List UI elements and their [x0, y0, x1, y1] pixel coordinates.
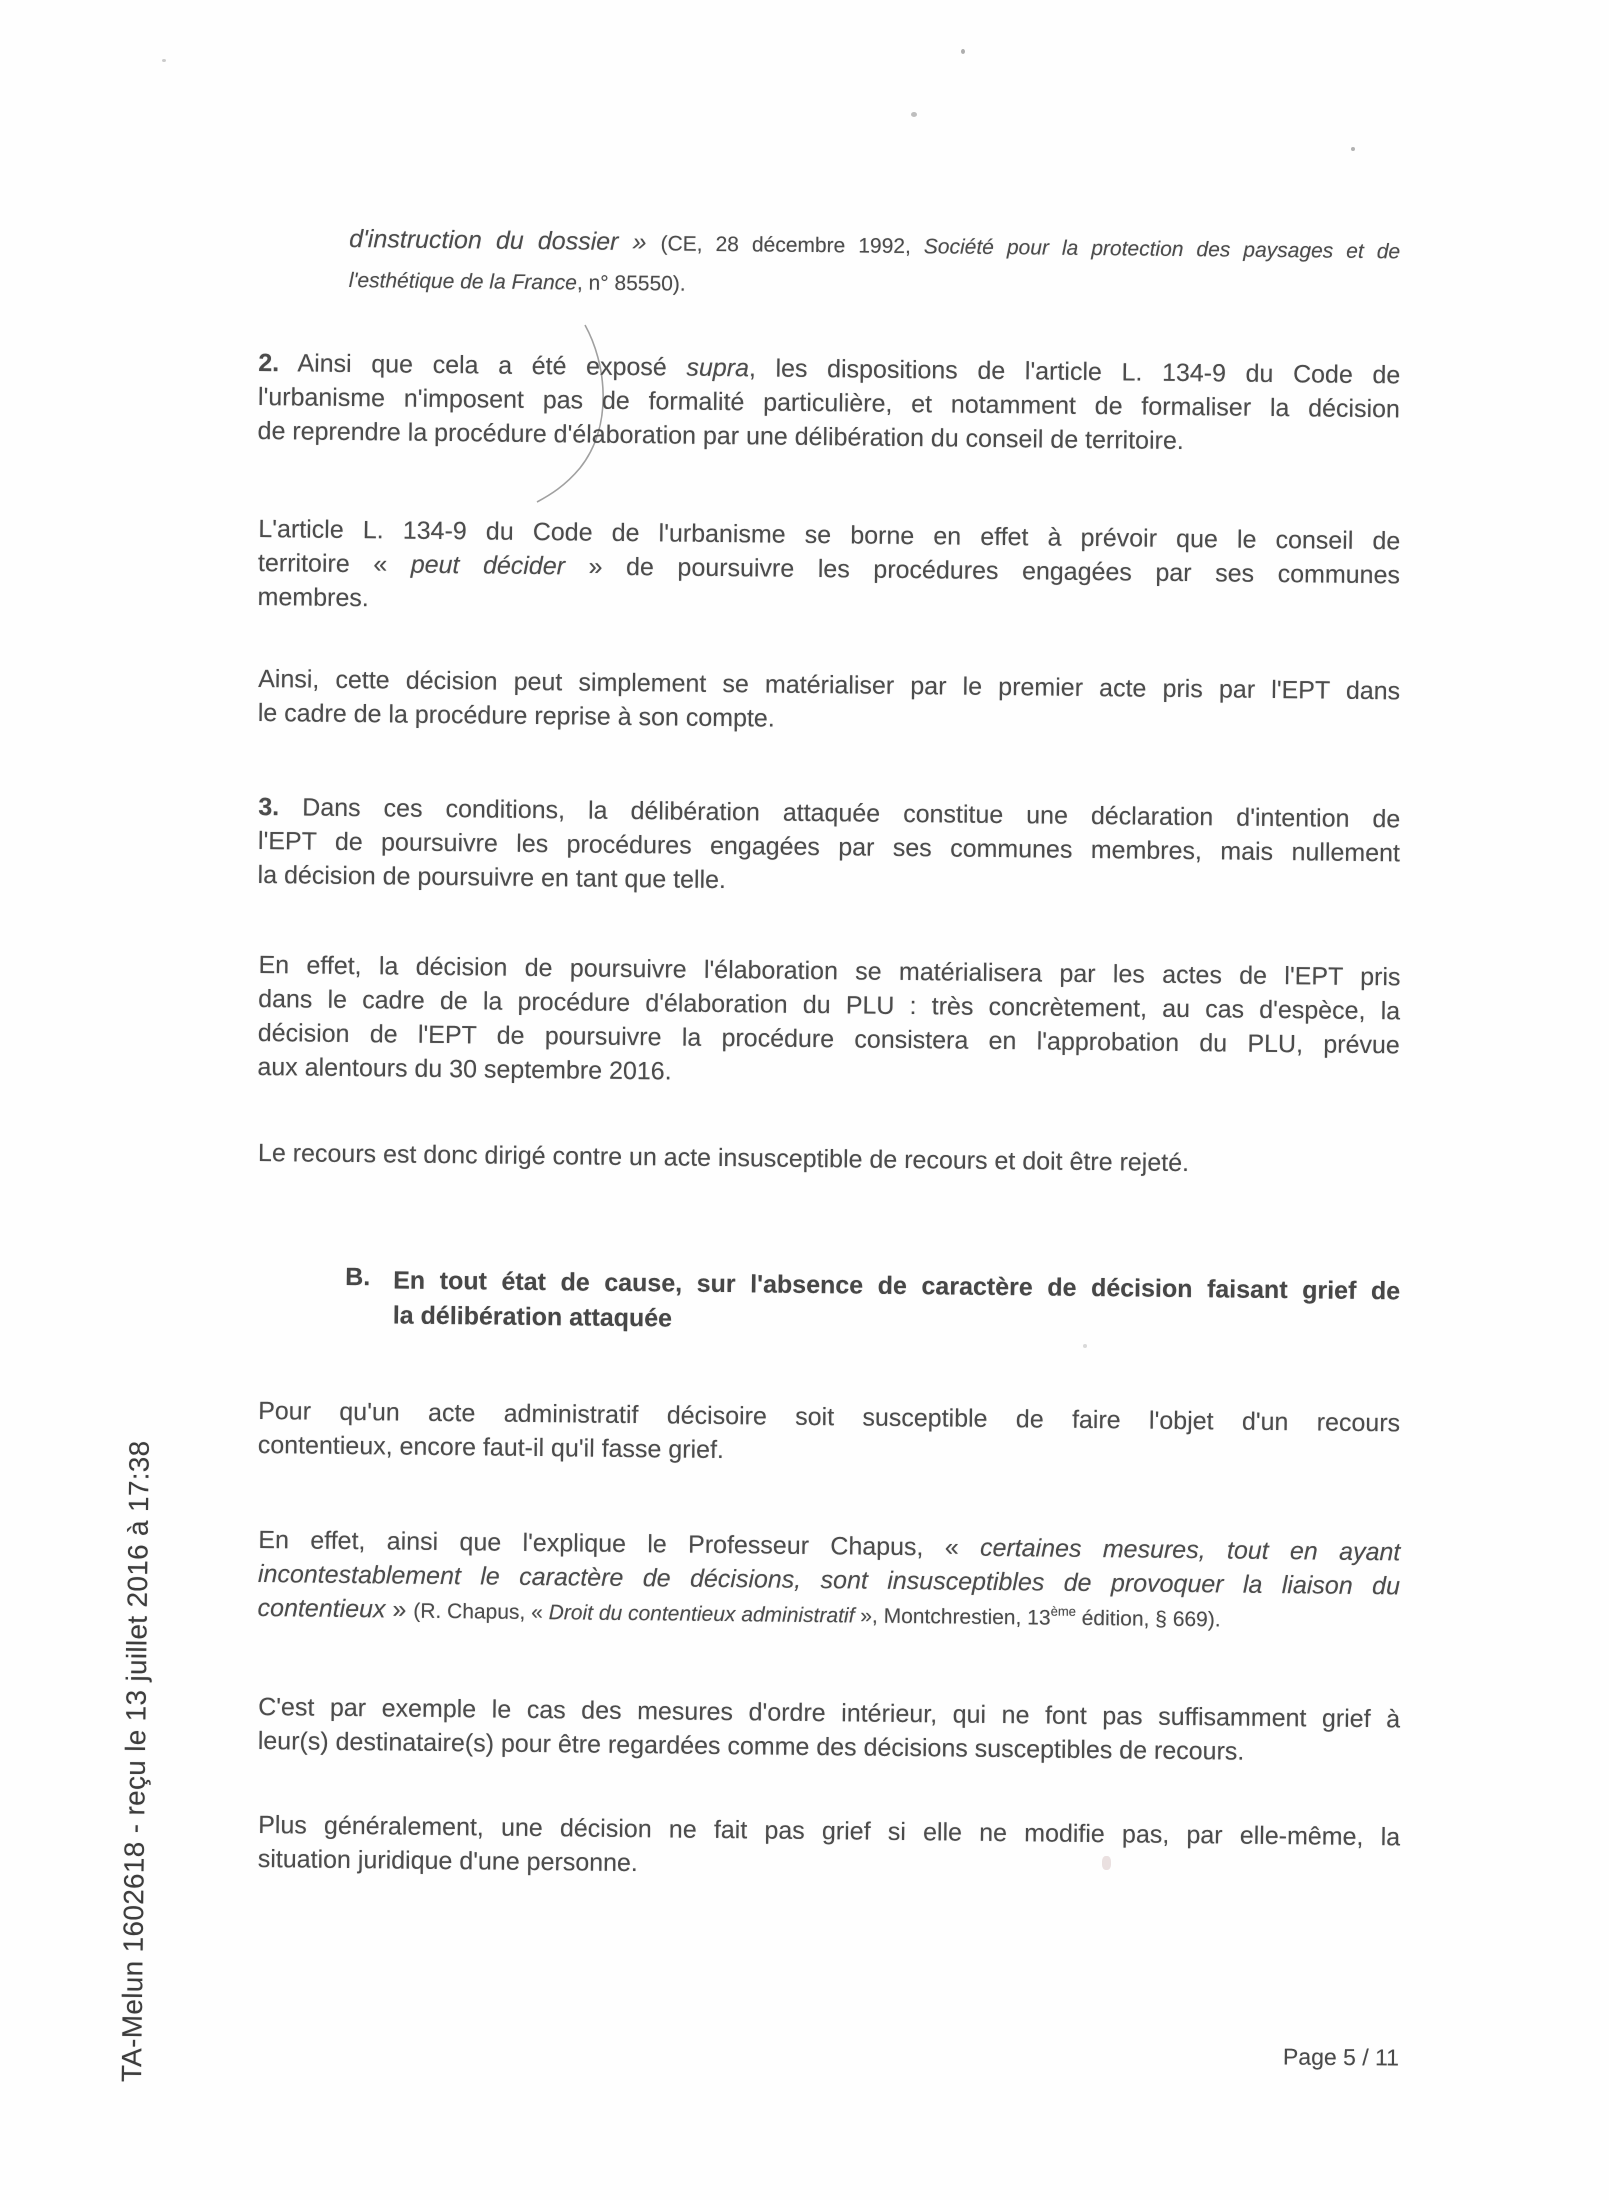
para-pour: Pour qu'un acte administratif décisoire …: [258, 1394, 1401, 1474]
para-cest: C'est par exemple le cas des mesures d'o…: [258, 1690, 1401, 1770]
para-plus: Plus généralement, une décision ne fait …: [258, 1808, 1401, 1888]
para-2: 2. Ainsi que cela a été exposé supra, le…: [257, 346, 1400, 460]
registry-stamp-vertical-text: TA-Melun 1602618 - reçu le 13 juillet 20…: [116, 1440, 156, 2082]
document-body: d'instruction du dossier » (CE, 28 décem…: [258, 218, 1400, 1876]
page-number: Page 5 / 11: [1283, 2043, 1399, 2071]
scanned-document-page: d'instruction du dossier » (CE, 28 décem…: [0, 0, 1609, 2200]
para-ainsi: Ainsi, cette décision peut simplement se…: [258, 662, 1401, 742]
para-en-effet-2: En effet, ainsi que l'explique le Profes…: [257, 1523, 1400, 1637]
para-recours: Le recours est donc dirigé contre un act…: [258, 1136, 1400, 1182]
text-line: Le recours est donc dirigé contre un act…: [258, 1136, 1400, 1182]
para-3: 3. Dans ces conditions, la délibération …: [257, 790, 1400, 904]
scan-speck: [911, 112, 917, 117]
heading-b-label: B.: [345, 1263, 370, 1292]
scan-speck: [1351, 147, 1355, 151]
scan-speck: [162, 59, 166, 62]
para-article: L'article L. 134-9 du Code de l'urbanism…: [257, 512, 1400, 626]
heading-b: B.En tout état de cause, sur l'absence d…: [258, 1262, 1401, 1344]
para-en-effet-1: En effet, la décision de poursuivre l'él…: [257, 948, 1400, 1096]
scan-speck: [961, 49, 965, 54]
citation-ce-1992: d'instruction du dossier » (CE, 28 décem…: [258, 218, 1401, 310]
